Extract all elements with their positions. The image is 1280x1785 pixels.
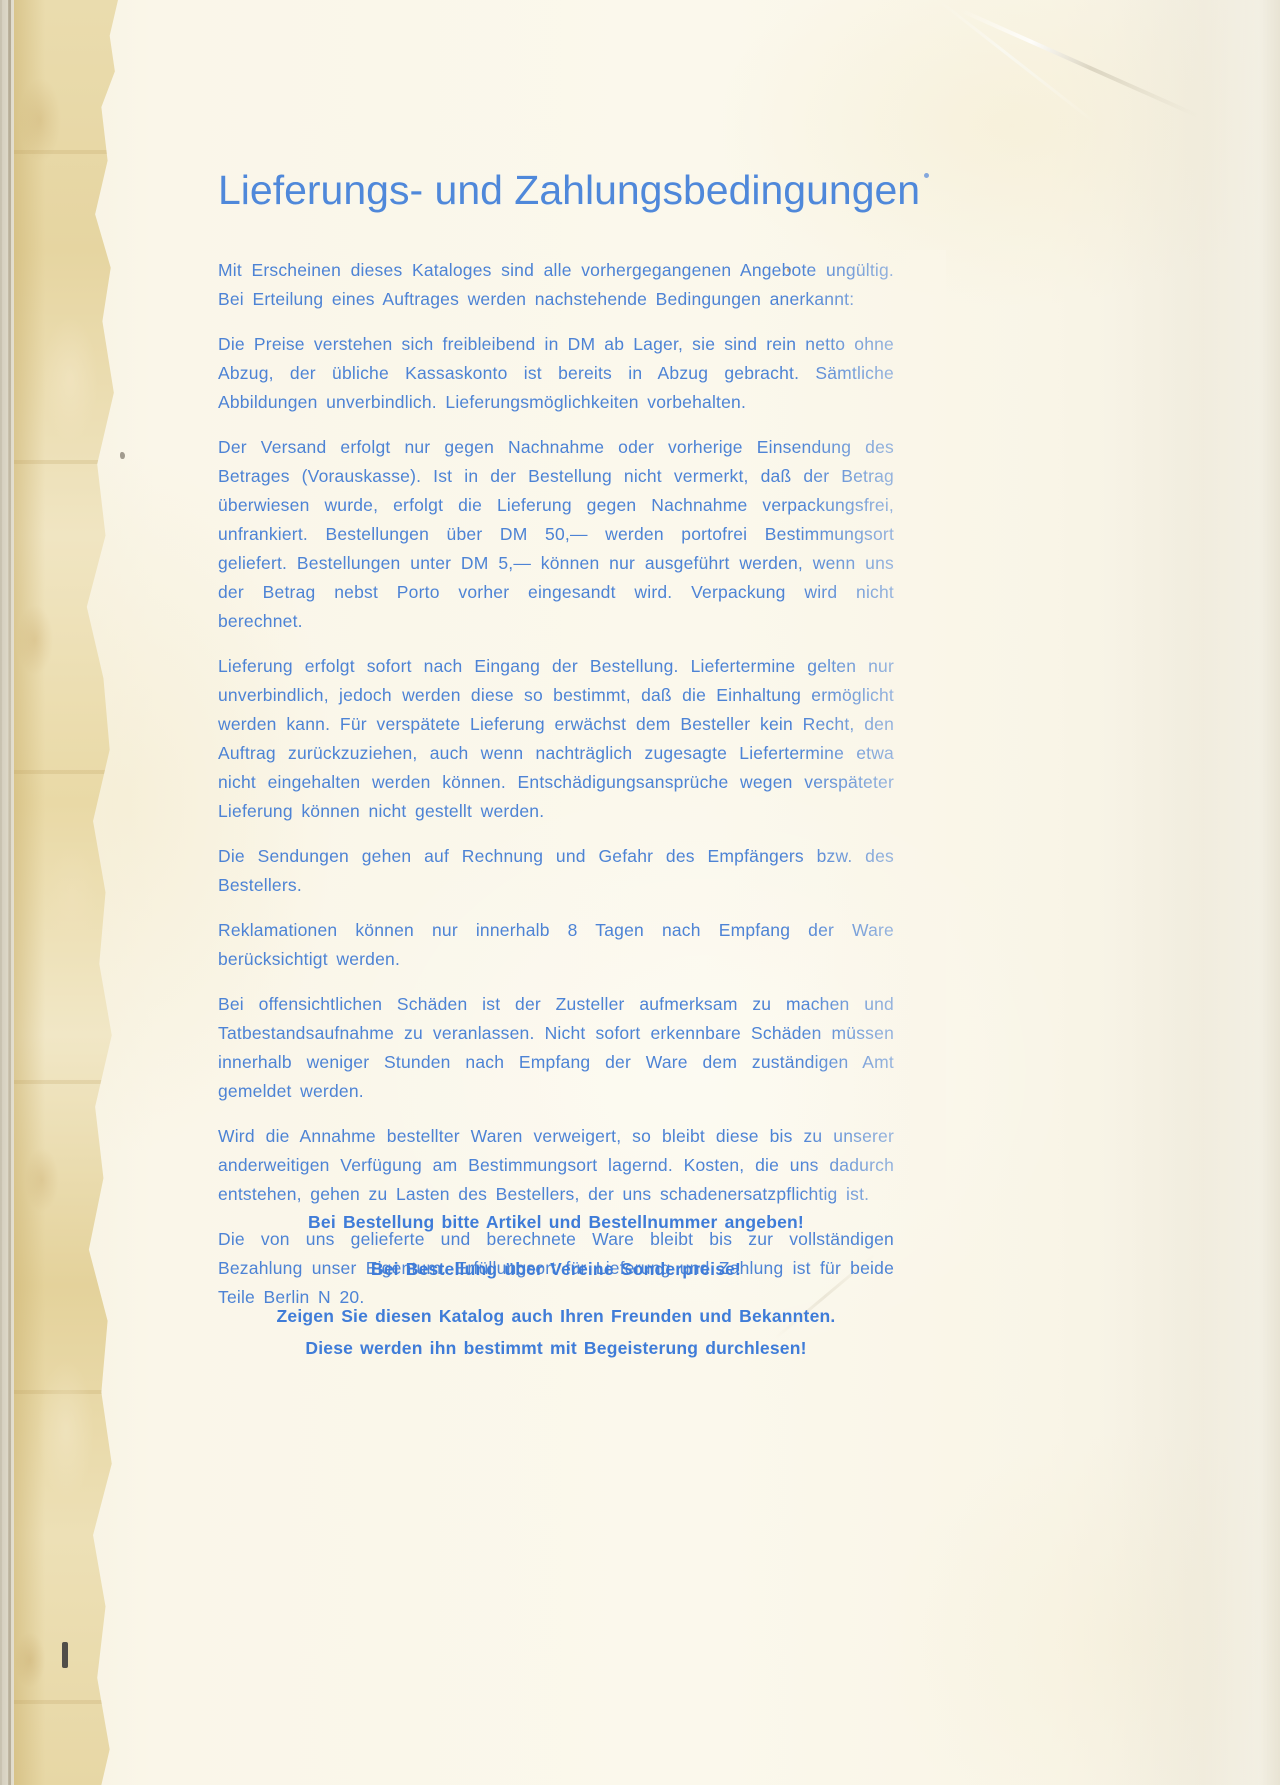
- terms-paragraph: Der Versand erfolgt nur gegen Nachnahme …: [218, 433, 894, 636]
- terms-paragraph: Lieferung erfolgt sofort nach Eingang de…: [218, 652, 894, 826]
- terms-paragraph: Bei offensichtlichen Schäden ist der Zus…: [218, 990, 894, 1106]
- catalog-terms-page: Lieferungs- und Zahlungsbedingungen Mit …: [0, 0, 1280, 1785]
- terms-paragraph: Reklamationen können nur innerhalb 8 Tag…: [218, 916, 894, 974]
- page-title: Lieferungs- und Zahlungsbedingungen: [218, 167, 894, 214]
- page-title-text: Lieferungs- und Zahlungsbedingungen: [218, 167, 920, 213]
- ink-smudge-mark: [62, 1642, 68, 1668]
- binding-seam: [8, 0, 11, 1785]
- order-notices: Bei Bestellung bitte Artikel und Bestell…: [218, 1212, 894, 1359]
- page-curl-shading: [1110, 0, 1280, 1785]
- scan-speck: [120, 452, 125, 459]
- order-notice-line: Bei Bestellung bitte Artikel und Bestell…: [218, 1212, 894, 1233]
- terms-paragraph: Wird die Annahme bestellter Waren verwei…: [218, 1122, 894, 1209]
- print-artifact-dot: [924, 173, 929, 178]
- terms-paragraph: Die Sendungen gehen auf Rechnung und Gef…: [218, 842, 894, 900]
- terms-paragraph: Die Preise verstehen sich freibleibend i…: [218, 330, 894, 417]
- terms-paragraph: Mit Erscheinen dieses Kataloges sind all…: [218, 256, 894, 314]
- order-notice-line: Diese werden ihn bestimmt mit Begeisteru…: [218, 1338, 894, 1359]
- terms-text-column: Mit Erscheinen dieses Kataloges sind all…: [218, 256, 894, 1328]
- order-notice-line: Zeigen Sie diesen Katalog auch Ihren Fre…: [218, 1306, 894, 1327]
- paper-crease: [959, 8, 1198, 117]
- order-notice-line: Bei Bestellung über Vereine Sonderpreise…: [218, 1259, 894, 1280]
- tape-strip: [14, 0, 118, 1785]
